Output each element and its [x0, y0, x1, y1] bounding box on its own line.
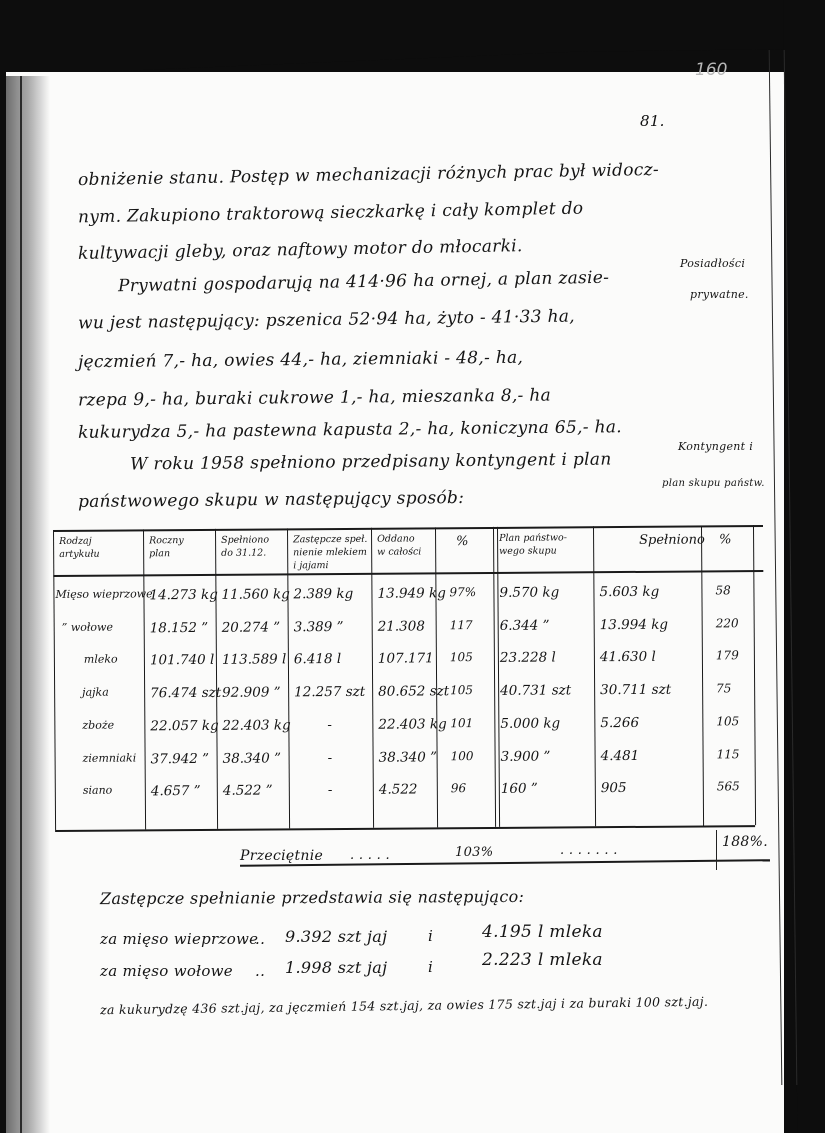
substitution-label: za mięso wieprzowe: [100, 930, 258, 948]
table-cell: 13.994 kg: [600, 617, 668, 633]
table-header: %: [456, 535, 468, 548]
table-cell: 179: [716, 648, 739, 662]
table-cell: 12.257 szt: [294, 684, 365, 700]
summary-dots: . . . . .: [350, 848, 390, 863]
table-cell: 2.389 kg: [293, 586, 353, 602]
summary-average-percent: 103%: [455, 845, 493, 860]
table-cell: 4.522: [379, 781, 418, 797]
text-line: Zastępcze spełnianie przedstawia się nas…: [100, 887, 524, 908]
margin-note: Kontyngent i: [678, 440, 753, 453]
table-row-label: zboże: [82, 719, 114, 732]
substitution-milk: 2.223 l mleka: [482, 950, 603, 970]
table-cell: 38.340 ”: [379, 749, 438, 765]
table-cell: 6.344 ”: [500, 618, 550, 634]
table-cell: 18.152 ”: [150, 620, 209, 636]
table-cell: 22.057 kg: [150, 718, 218, 734]
table-cell: 20.274 ”: [222, 619, 281, 635]
summary-dots: . . . . . . .: [560, 843, 618, 858]
table-cell: 13.949 kg: [377, 585, 445, 601]
table-cell: 40.731 szt: [500, 682, 571, 698]
archive-number: 160: [695, 60, 727, 80]
table-cell: 5.603 kg: [599, 584, 659, 600]
table-cell: 4.481: [601, 748, 640, 764]
table-cell: 105: [450, 683, 473, 697]
table-cell: 38.340 ”: [223, 750, 282, 766]
substitution-eggs: 1.998 szt jaj: [285, 958, 387, 977]
substitution-milk: 4.195 l mleka: [482, 922, 603, 942]
table-cell: -: [328, 782, 333, 798]
table-cell: 37.942 ”: [151, 751, 210, 767]
table-cell: 4.657 ”: [151, 783, 201, 799]
table-cell: 160 ”: [501, 781, 538, 797]
table-row-label: ” wołowe: [62, 621, 113, 634]
table-header: Zastępcze speł.nienie mlekiemi jajami: [293, 533, 368, 573]
table-cell: 14.273 kg: [149, 587, 217, 603]
table-cell: 41.630 l: [600, 649, 656, 665]
dots: ..: [255, 930, 265, 948]
table-cell: 3.900 ”: [501, 749, 551, 765]
margin-note: prywatne.: [690, 288, 749, 301]
dots: ..: [255, 962, 265, 980]
table-header: Oddanow całości: [377, 532, 421, 558]
table-cell: -: [327, 717, 332, 733]
table-cell: 9.570 kg: [499, 584, 559, 600]
table-cell: 101.740 l: [150, 652, 215, 668]
summary-skup-percent: 188%.: [722, 834, 768, 850]
summary-divider: [716, 830, 717, 870]
table-cell: 80.652 szt: [378, 683, 449, 699]
table-cell: 76.474 szt: [150, 685, 221, 701]
table-cell: 22.403 kg: [222, 717, 290, 733]
table-header: Spełniono: [639, 533, 705, 546]
table-header: Plan państwo-wego skupu: [499, 531, 567, 557]
table-cell: 113.589 l: [222, 651, 287, 667]
table-cell: 6.418 l: [294, 651, 341, 667]
substitution-label: za mięso wołowe: [100, 962, 233, 980]
table-cell: 115: [717, 747, 740, 761]
table-cell: 101: [450, 716, 473, 730]
margin-note: plan skupu państw.: [662, 478, 765, 489]
table-row-label: Mięso wieprzowe: [55, 587, 152, 601]
table-cell: 4.522 ”: [223, 782, 273, 798]
table-row-label: jajka: [82, 686, 109, 699]
table-cell: 97%: [449, 585, 476, 599]
table-cell: 22.403 kg: [378, 716, 446, 732]
table-cell: 3.389 ”: [294, 619, 344, 635]
contingent-table: RodzajartykułuRocznyplanSpełnionodo 31.1…: [53, 525, 783, 830]
table-cell: 5.000 kg: [500, 715, 560, 731]
table-cell: 58: [715, 583, 730, 597]
table-header: Spełnionodo 31.12.: [221, 533, 269, 559]
table-header: Rodzajartykułu: [59, 535, 100, 561]
table-cell: 905: [601, 780, 627, 796]
table-cell: 105: [716, 714, 739, 728]
table-header: Rocznyplan: [149, 534, 184, 560]
binding-shadow: [6, 76, 50, 1133]
table-row-label: mleko: [84, 653, 118, 666]
table-cell: 21.308: [378, 618, 425, 634]
conjunction: i: [428, 927, 433, 945]
summary-label: Przeciętnie: [240, 848, 323, 864]
table-cell: 23.228 l: [500, 649, 556, 665]
table-cell: 565: [717, 779, 740, 793]
table-row-label: siano: [83, 784, 113, 797]
table-rule-hdr: [53, 570, 763, 577]
text-line: państwowego skupu w następujący sposób:: [78, 488, 464, 512]
conjunction: i: [428, 958, 433, 976]
table-cell: 117: [450, 618, 473, 632]
table-cell: 75: [716, 681, 731, 695]
table-cell: -: [328, 750, 333, 766]
table-cell: 92.909 ”: [222, 684, 281, 700]
table-cell: 107.171: [378, 650, 434, 666]
table-cell: 100: [451, 749, 474, 763]
binding-line: [20, 76, 22, 1133]
table-cell: 105: [450, 650, 473, 664]
table-cell: 220: [716, 616, 739, 630]
table-cell: 11.560 kg: [221, 586, 289, 602]
table-row-label: ziemniaki: [83, 751, 137, 764]
table-header: %: [719, 533, 731, 546]
table-cell: 96: [451, 781, 466, 795]
table-cell: 30.711 szt: [600, 682, 671, 698]
substitution-eggs: 9.392 szt jaj: [285, 927, 387, 946]
page-number: 81.: [640, 112, 665, 130]
table-cell: 5.266: [600, 715, 639, 731]
margin-note: Posiadłości: [680, 257, 745, 270]
